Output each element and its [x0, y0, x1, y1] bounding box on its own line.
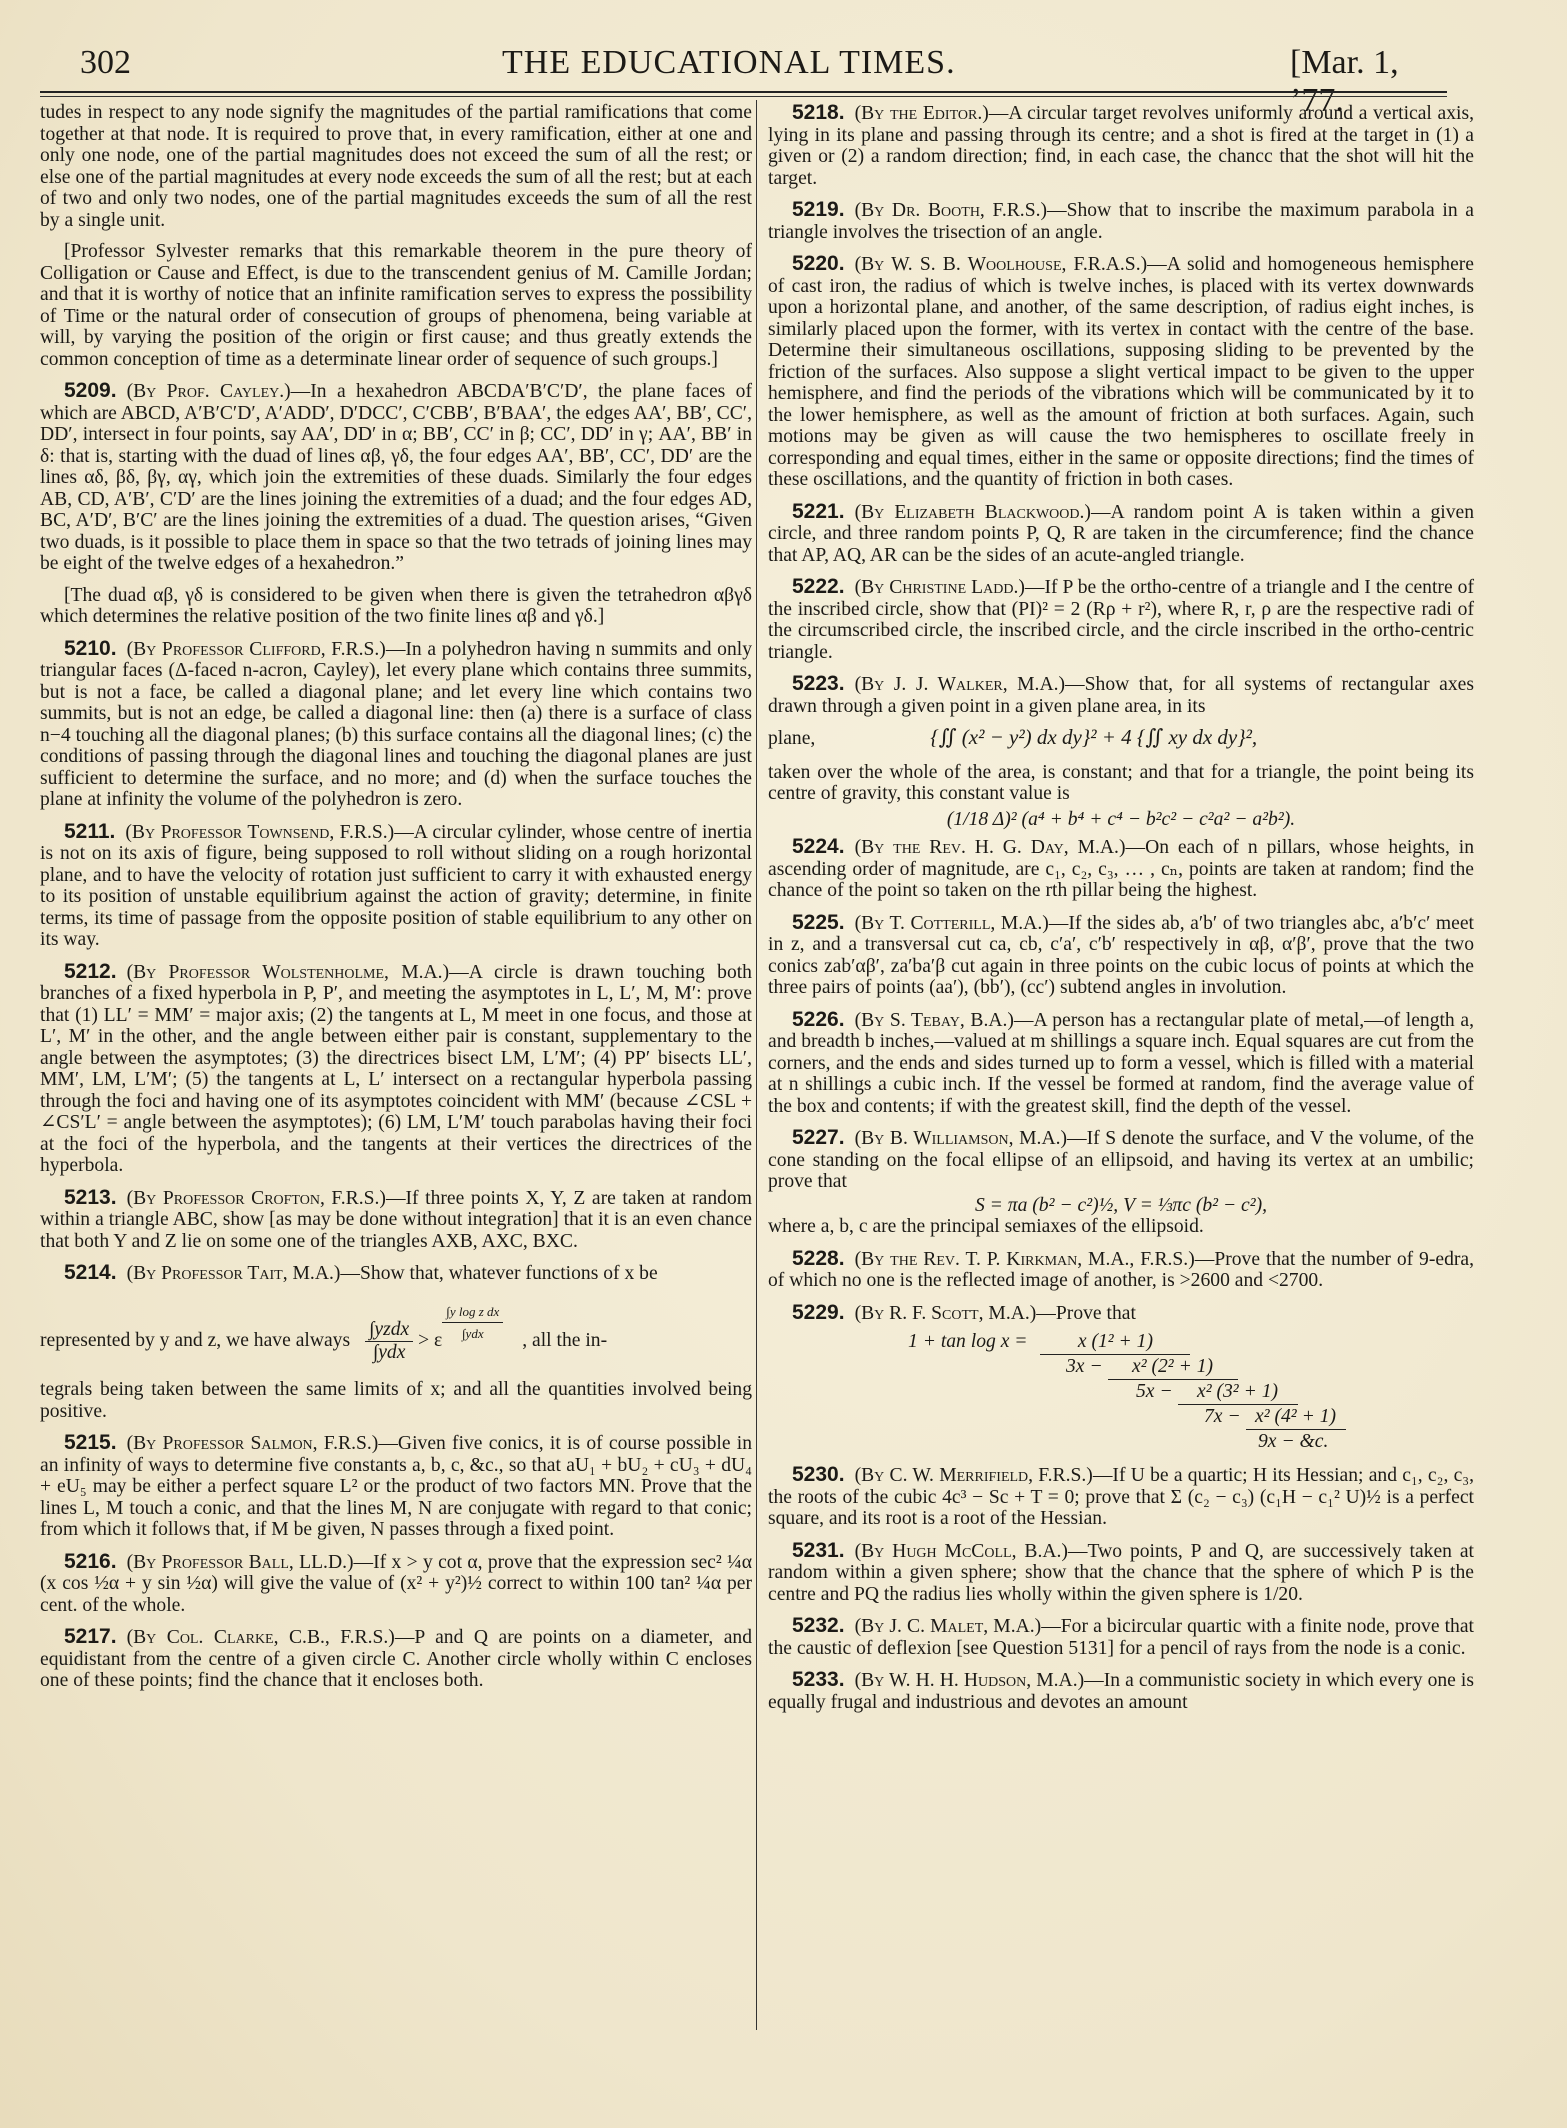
- question-5232: 5232.(By J. C. Malet, M.A.)—For a bicirc…: [768, 1615, 1474, 1659]
- question-5209-note: [The duad αβ, γδ is considered to be giv…: [40, 585, 752, 628]
- right-column: 5218.(By the Editor.)—A circular target …: [768, 102, 1474, 1723]
- question-5231: 5231.(By Hugh McColl, B.A.)—Two points, …: [768, 1540, 1474, 1606]
- question-5212: 5212.(By Professor Wolstenholme, M.A.)—A…: [40, 961, 752, 1177]
- question-5230: 5230.(By C. W. Merrifield, F.R.S.)—If U …: [768, 1464, 1474, 1530]
- question-5215: 5215.(By Professor Salmon, F.R.S.)—Given…: [40, 1432, 752, 1541]
- column-divider: [756, 100, 757, 2030]
- question-5214-formula: represented by y and z, we have always ∫…: [40, 1301, 752, 1364]
- question-5227: 5227.(By B. Williamson, M.A.)—If S denot…: [768, 1127, 1474, 1193]
- continued-fraction-formula: 1 + tan log x = x (1² + 1) 3x − x² (2² +…: [908, 1330, 1474, 1454]
- question-5224: 5224.(By the Rev. H. G. Day, M.A.)—On ea…: [768, 836, 1474, 902]
- page-number: 302: [80, 44, 131, 82]
- question-5228: 5228.(By the Rev. T. P. Kirkman, M.A., F…: [768, 1248, 1474, 1292]
- question-5222: 5222.(By Christine Ladd.)—If P be the or…: [768, 576, 1474, 663]
- question-5227-formula: S = πa (b² − c²)½, V = ⅓πc (b² − c²),: [768, 1195, 1474, 1217]
- continuation-text: tudes in respect to any node signify the…: [40, 102, 752, 231]
- newspaper-page: 302 THE EDUCATIONAL TIMES. [Mar. 1, ’77.…: [0, 0, 1567, 2128]
- question-5229: 5229.(By R. F. Scott, M.A.)—Prove that: [768, 1302, 1474, 1325]
- question-5219: 5219.(By Dr. Booth, F.R.S.)—Show that to…: [768, 199, 1474, 243]
- question-5225: 5225.(By T. Cotterill, M.A.)—If the side…: [768, 912, 1474, 999]
- question-5211: 5211.(By Professor Townsend, F.R.S.)—A c…: [40, 821, 752, 951]
- page-header: 302 THE EDUCATIONAL TIMES. [Mar. 1, ’77.: [40, 38, 1460, 88]
- question-5217: 5217.(By Col. Clarke, C.B., F.R.S.)—P an…: [40, 1626, 752, 1692]
- question-5223: 5223.(By J. J. Walker, M.A.)—Show that, …: [768, 673, 1474, 717]
- question-5220: 5220.(By W. S. B. Woolhouse, F.R.A.S.)—A…: [768, 253, 1474, 491]
- question-5226: 5226.(By S. Tebay, B.A.)—A person has a …: [768, 1009, 1474, 1118]
- question-5223-formula2: (1/18 Δ)² (a⁴ + b⁴ + c⁴ − b²c² − c²a² − …: [768, 809, 1474, 831]
- header-rule: [40, 91, 1447, 93]
- editorial-note: [Professor Sylvester remarks that this r…: [40, 241, 752, 370]
- question-5209: 5209.(By Prof. Cayley.)—In a hexahedron …: [40, 380, 752, 575]
- question-5214-continued: tegrals being taken between the same lim…: [40, 1379, 752, 1422]
- question-5221: 5221.(By Elizabeth Blackwood.)—A random …: [768, 501, 1474, 567]
- question-5233: 5233.(By W. H. H. Hudson, M.A.)—In a com…: [768, 1669, 1474, 1713]
- question-5218: 5218.(By the Editor.)—A circular target …: [768, 102, 1474, 189]
- question-5223-formula: plane, {∬ (x² − y²) dx dy}² + 4 {∬ xy dx…: [768, 727, 1474, 750]
- question-5227-continued: where a, b, c are the principal semiaxes…: [768, 1216, 1474, 1238]
- question-5223-continued: taken over the whole of the area, is con…: [768, 762, 1474, 805]
- header-rule-thin: [40, 96, 1447, 97]
- left-column: tudes in respect to any node signify the…: [40, 102, 752, 1702]
- publication-title: THE EDUCATIONAL TIMES.: [502, 44, 956, 82]
- question-5213: 5213.(By Professor Crofton, F.R.S.)—If t…: [40, 1187, 752, 1253]
- question-5214: 5214.(By Professor Tait, M.A.)—Show that…: [40, 1262, 752, 1285]
- question-5216: 5216.(By Professor Ball, LL.D.)—If x > y…: [40, 1551, 752, 1617]
- question-5210: 5210.(By Professor Clifford, F.R.S.)—In …: [40, 638, 752, 811]
